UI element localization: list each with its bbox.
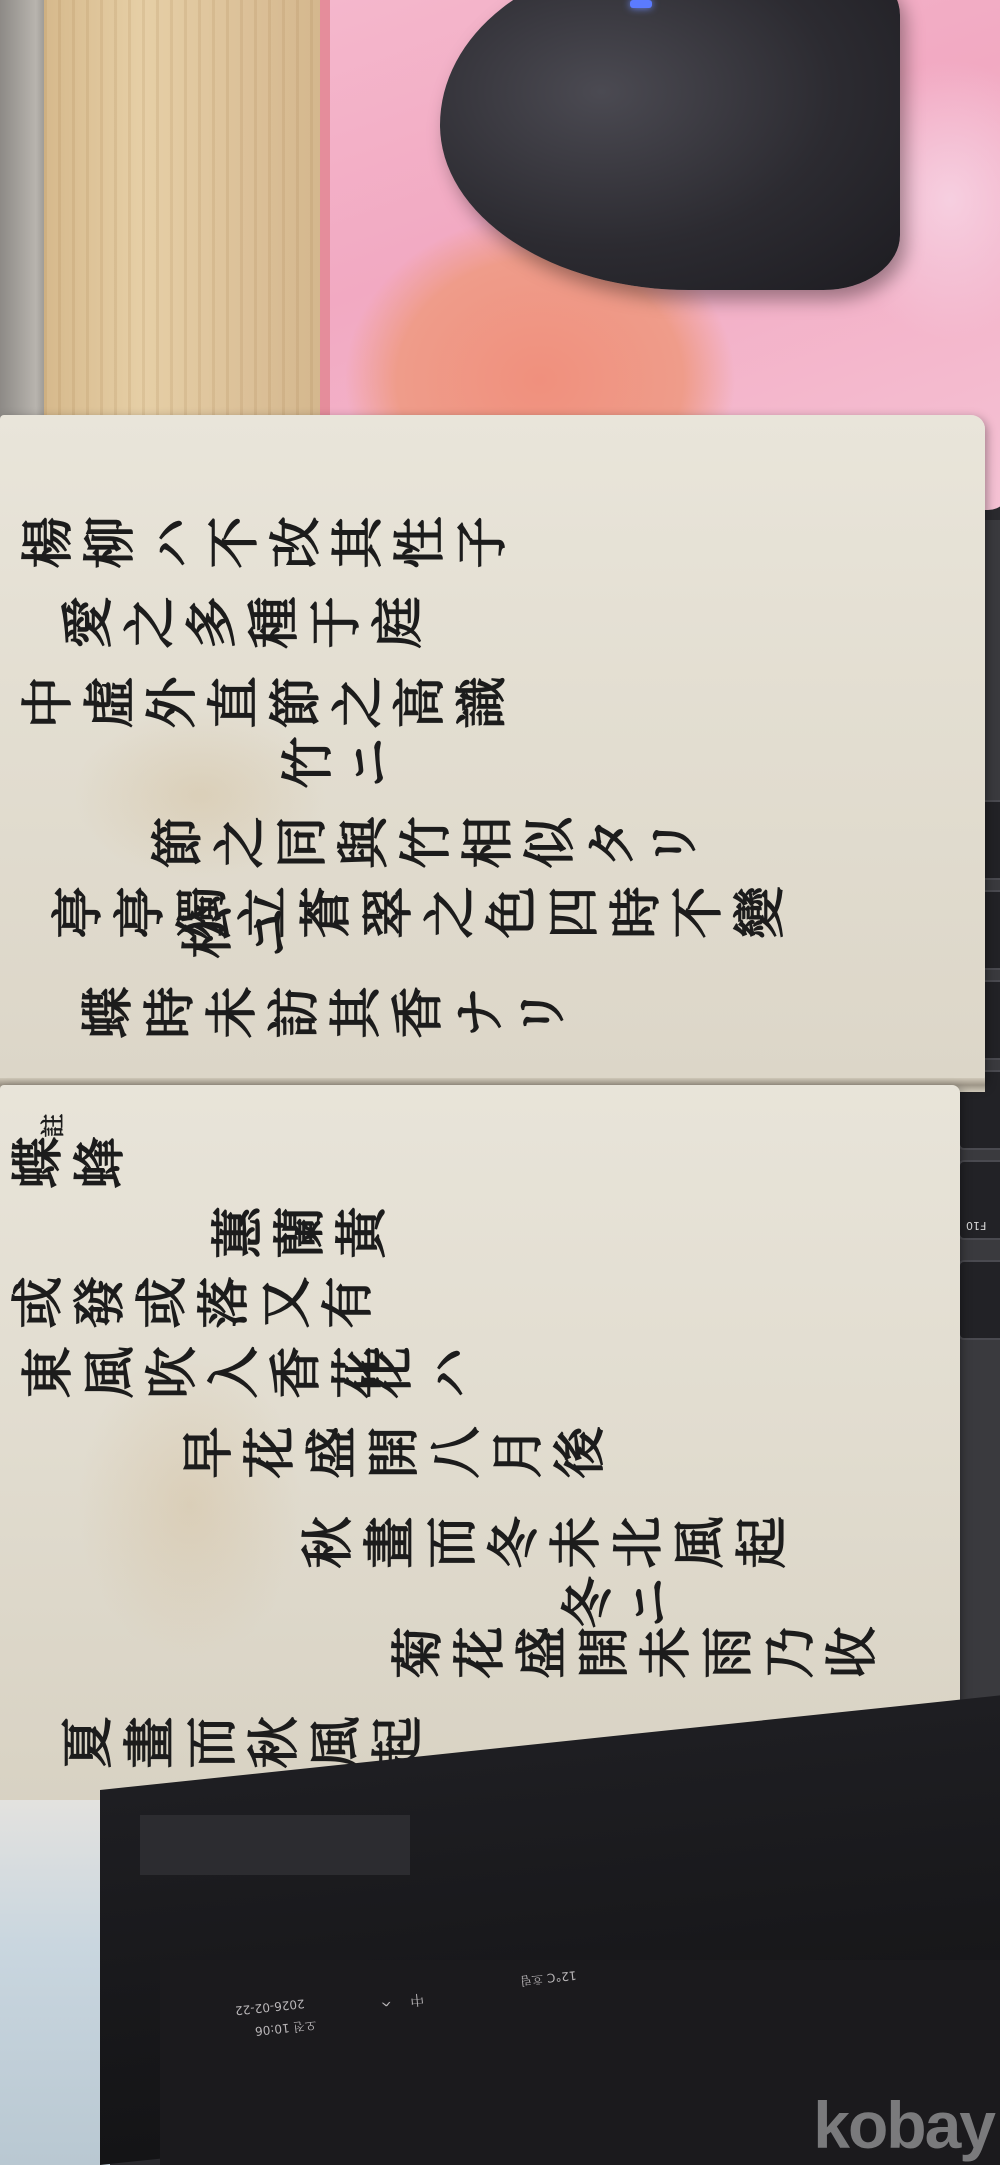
- taskbar-date: 2026-02-22: [234, 1996, 305, 2017]
- text-column: 蕙蘭黃: [210, 1200, 396, 1275]
- blanket: [0, 1800, 110, 2165]
- taskbar-weather: 12°C 흐림: [519, 1967, 577, 1990]
- text-column: 秋畫而冬未北風起: [300, 1510, 796, 1585]
- key-label: F10: [966, 1219, 986, 1232]
- book-page-upper: 蝶時未訪其香ナリ 松ニ 亭亭獨立蒼翠之色四時不變 節之同與竹相似タリ 竹ニ 中虛…: [0, 415, 985, 1085]
- book-page-lower: 夏畫而秋風起 秋ハ 菊花盛開未雨乃收 冬ニ 秋畫而冬未北風起 早花盛開八月後 東…: [0, 1085, 960, 1805]
- keyboard-key-f10: F10: [958, 1160, 1000, 1240]
- text-column: 愛之多種于庭: [60, 590, 432, 665]
- text-column: 楊柳ハ不改其性子: [20, 510, 516, 585]
- text-column: 早花盛開八月後: [180, 1420, 614, 1495]
- annotation-mark: 註: [40, 1110, 74, 1145]
- text-column: 東風吹入香花: [20, 1340, 392, 1415]
- keyboard-key: [958, 1260, 1000, 1340]
- text-column: 蝶時未訪其香ナリ: [80, 980, 576, 1055]
- text-column: 中虛外直節之高識: [20, 670, 516, 745]
- taskbar-time: 오전 10:06: [254, 2017, 317, 2040]
- text-column: 亭亭獨立蒼翠之色四時不變: [50, 880, 794, 955]
- taskbar-ime-indicator: 中: [409, 1989, 425, 2010]
- text-column: 節之同與竹相似タリ: [150, 810, 708, 885]
- taskbar-chevron-icon: ^: [379, 1991, 392, 2008]
- laptop-hinge: [140, 1815, 410, 1875]
- kobay-watermark: kobay: [813, 2087, 994, 2163]
- mouse-led-icon: [630, 0, 652, 8]
- text-column: 花ハ: [360, 1340, 484, 1415]
- text-column: 或發或落又有: [10, 1270, 382, 1345]
